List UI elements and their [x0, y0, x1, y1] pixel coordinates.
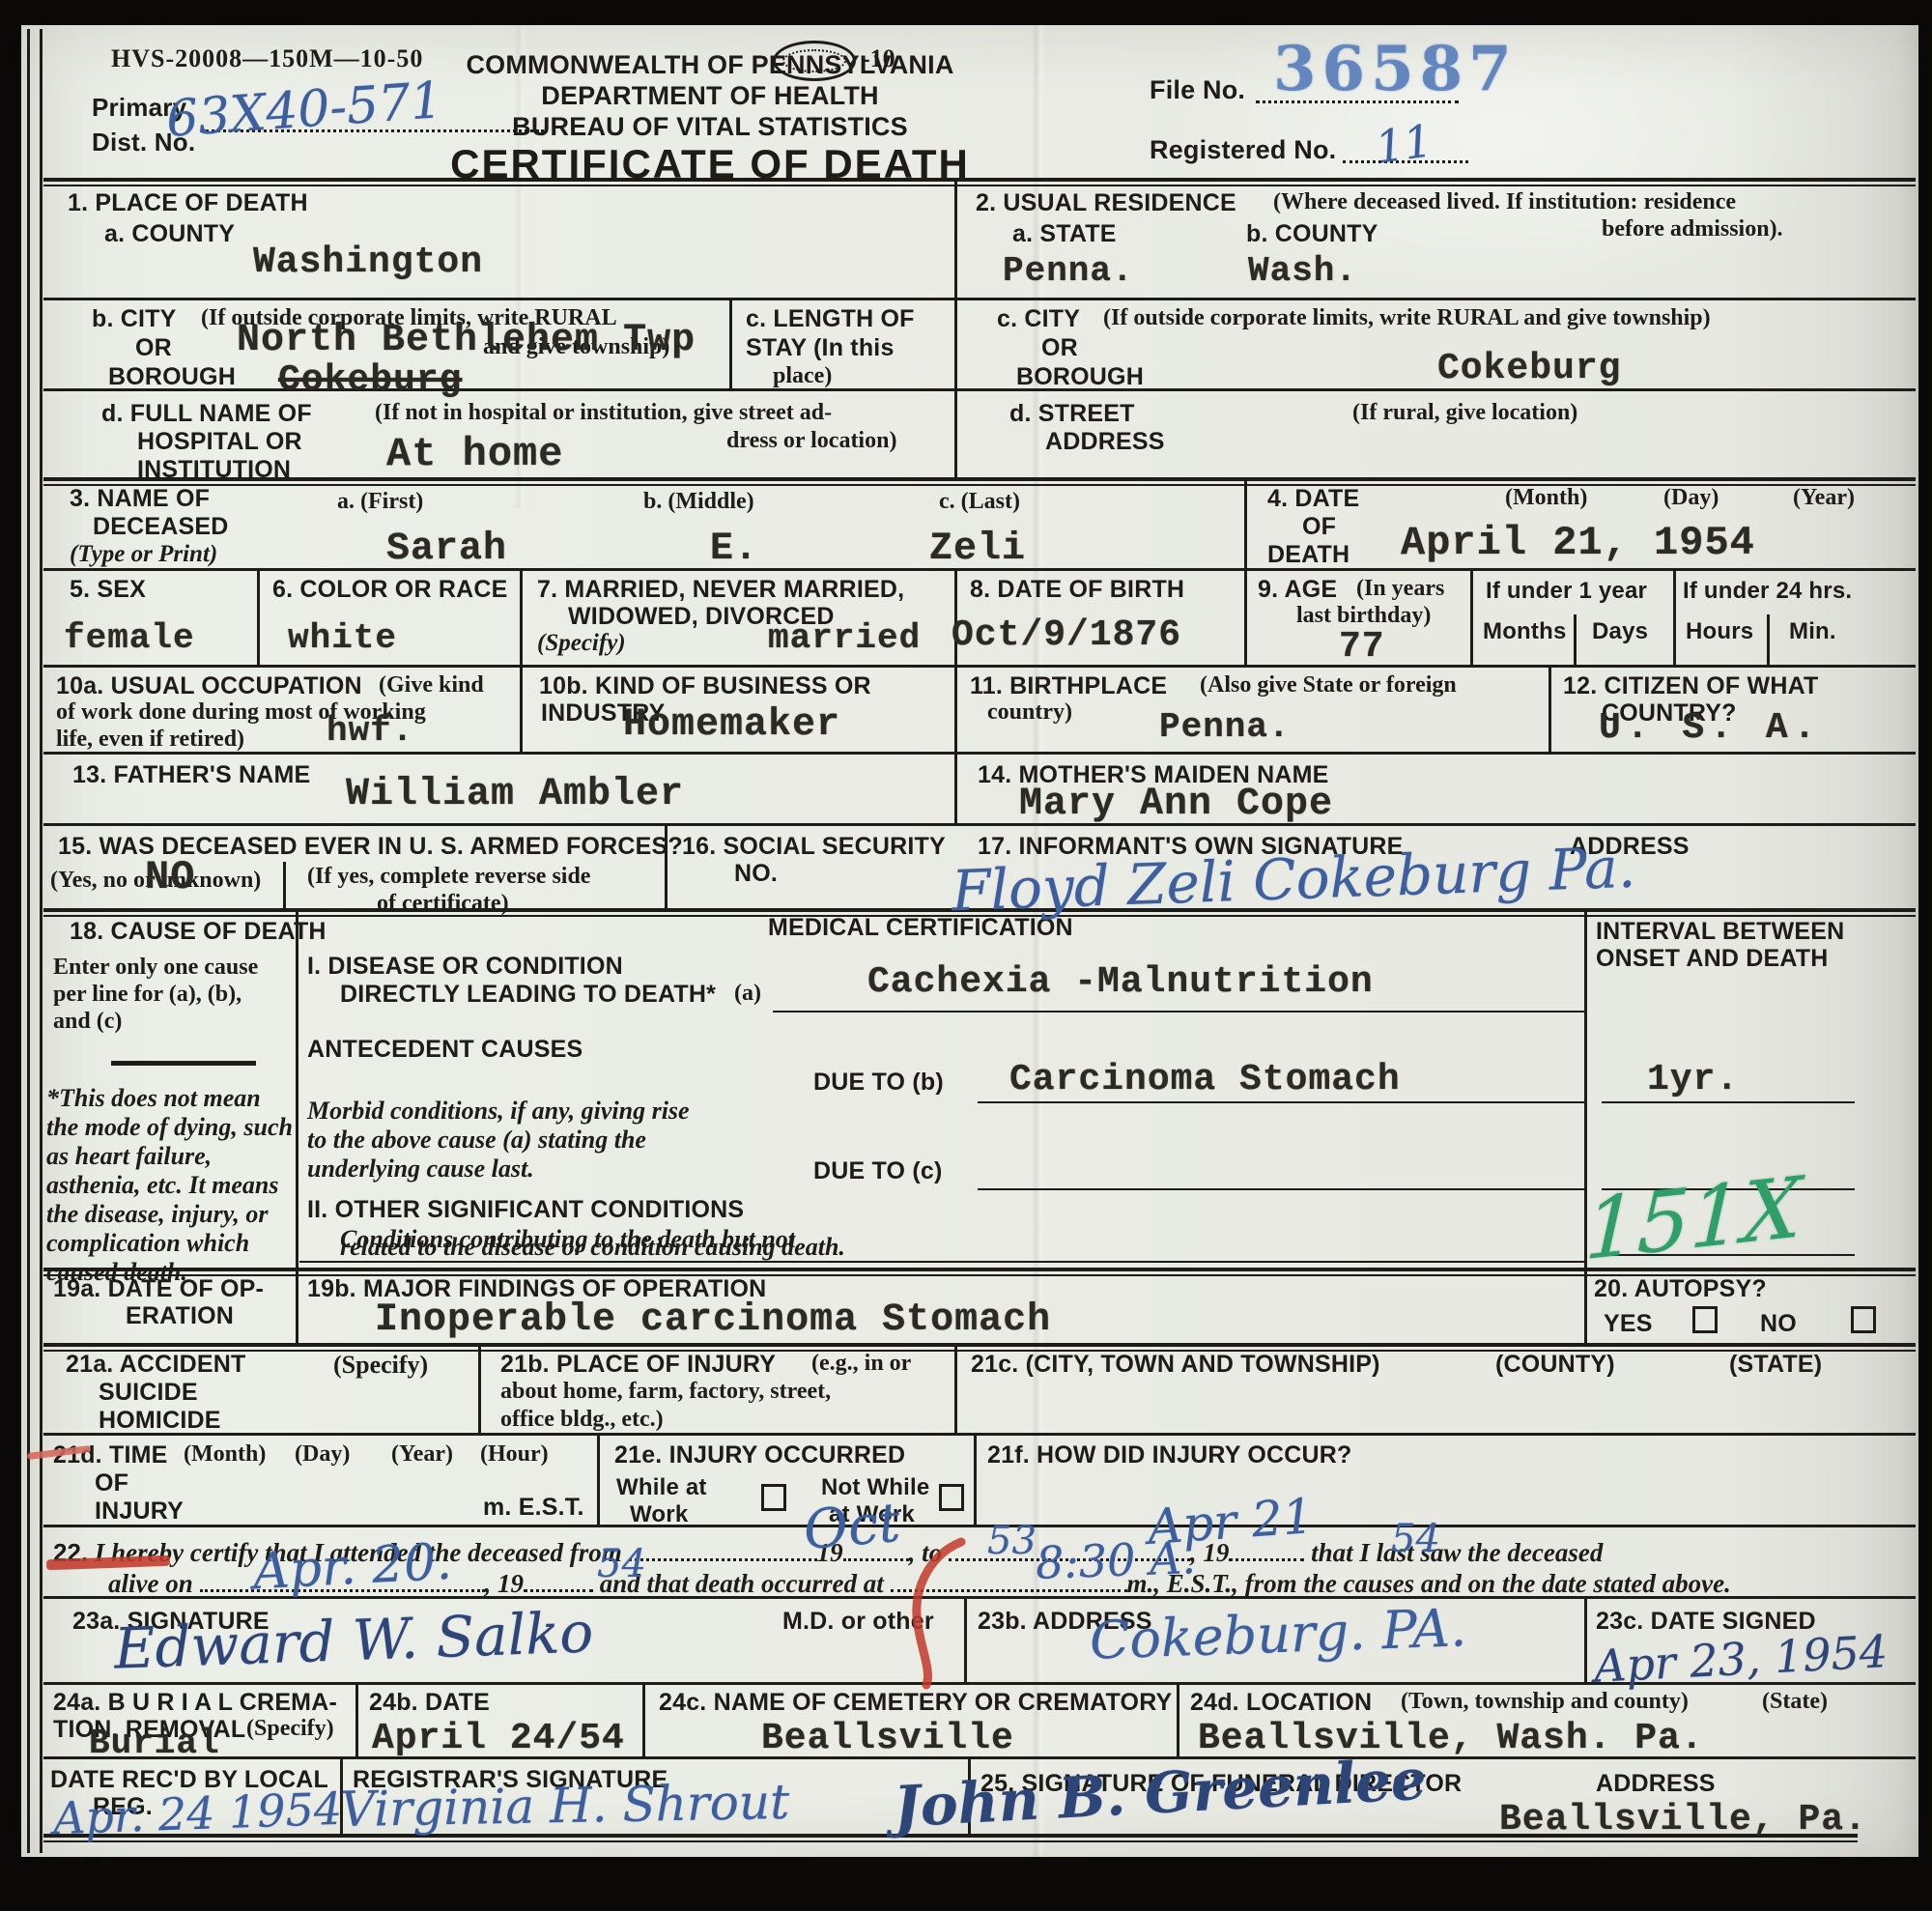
field-2d-label1: d. STREET — [1009, 400, 1135, 428]
certify-time-handwritten: 8:30 A. — [1035, 1531, 1197, 1589]
field-18-side2: *This does not mean the mode of dying, s… — [46, 1084, 296, 1287]
grid-line — [1244, 477, 1247, 568]
field-3c-value: Zeli — [929, 528, 1026, 571]
field-24d-note2: (State) — [1762, 1689, 1828, 1715]
field-24d-label: 24d. LOCATION — [1190, 1689, 1372, 1717]
field-3a-value: Sarah — [386, 528, 507, 571]
grid-line — [40, 29, 43, 1853]
field-1b-value: North Bethlehem Twp — [237, 319, 696, 362]
field-3-title2: DECEASED — [93, 513, 229, 541]
field-13-value: William Ambler — [346, 773, 684, 816]
field-21d-day: (Day) — [295, 1441, 350, 1468]
other-conditions-label: II. OTHER SIGNIFICANT CONDITIONS — [307, 1196, 744, 1224]
field-1a-value: Washington — [253, 242, 483, 283]
field-10b-label1: 10b. KIND OF BUSINESS OR — [539, 672, 871, 700]
field-19a-label1: 19a. DATE OF OP- — [53, 1275, 264, 1303]
field-2c-borough: BOROUGH — [1016, 363, 1144, 391]
field-21b-note1: (e.g., in or — [811, 1351, 911, 1377]
field-24a-specify: (Specify) — [246, 1716, 334, 1742]
certify-alive-handwritten: Apr. 20. — [252, 1533, 454, 1602]
field-5-label: 5. SEX — [70, 576, 146, 604]
field-21d-label1: 21d. TIME — [53, 1441, 168, 1469]
grid-line — [355, 1682, 358, 1756]
field-24c-value: Beallsville — [761, 1718, 1014, 1759]
field-9-note2: last birthday) — [1296, 603, 1431, 629]
grid-line — [111, 1061, 256, 1066]
grid-line — [43, 665, 1916, 668]
certify-19c: , 19 — [485, 1569, 525, 1598]
morbid-note2: to the above cause (a) stating the — [307, 1126, 646, 1155]
field-2-note2: before admission). — [1602, 216, 1783, 242]
form-number: HVS-20008—150M—10-50 — [111, 44, 423, 73]
field-21d-label2: OF — [95, 1469, 128, 1497]
field-21e-while2: Work — [630, 1501, 688, 1528]
field-13-label: 13. FATHER'S NAME — [72, 761, 310, 789]
grid-line — [296, 1268, 298, 1343]
registrar-signature: Virginia H. Shrout — [340, 1774, 790, 1838]
other-conditions-note2: related to the disease or condition caus… — [340, 1233, 845, 1262]
field-4-value: April 21, 1954 — [1401, 520, 1755, 566]
field-16-label1: 16. SOCIAL SECURITY — [682, 833, 946, 861]
grid-line — [974, 1433, 977, 1525]
field-1b-label: b. CITY — [92, 305, 177, 333]
field-18-title: 18. CAUSE OF DEATH — [70, 918, 327, 946]
field-21a-label1: 21a. ACCIDENT — [66, 1351, 245, 1379]
field-2d-note: (If rural, give location) — [1352, 400, 1577, 426]
field-24d-value: Beallsville, Wash. Pa. — [1198, 1718, 1704, 1759]
certify-from-handwritten: Oct — [801, 1492, 902, 1562]
field-19b-value: Inoperable carcinoma Stomach — [375, 1298, 1051, 1342]
field-21c-label: 21c. (CITY, TOWN AND TOWNSHIP) — [971, 1351, 1380, 1379]
field-21a-label2: SUICIDE — [99, 1379, 198, 1407]
field-2c-note: (If outside corporate limits, write RURA… — [1103, 305, 1711, 331]
grid-line — [1584, 1596, 1587, 1682]
field-2b-label: b. COUNTY — [1246, 220, 1378, 248]
field-10a-note1: (Give kind — [379, 672, 484, 699]
department-line: DEPARTMENT OF HEALTH — [440, 81, 980, 111]
field-11-label: 11. BIRTHPLACE — [970, 672, 1167, 700]
certify-year3-handwritten: 54 — [597, 1542, 646, 1586]
field-9-under24-label: If under 24 hrs. — [1683, 578, 1852, 605]
grid-line — [283, 862, 286, 908]
field-9-min-label: Min. — [1789, 618, 1836, 645]
grid-line — [978, 1188, 1584, 1190]
grid-line — [296, 908, 298, 1268]
field-1d-note2: dress or location) — [726, 428, 896, 454]
red-pencil-check-mark — [894, 1536, 980, 1691]
field-7-value: married — [768, 618, 921, 658]
field-18-b-value: Carcinoma Stomach — [1009, 1059, 1401, 1100]
field-21a-label3: HOMICIDE — [99, 1407, 221, 1435]
field-6-value: white — [288, 618, 397, 658]
field-11-note2: country) — [987, 699, 1072, 726]
field-24d-note1: (Town, township and county) — [1401, 1689, 1689, 1715]
field-16-label2: NO. — [734, 860, 778, 888]
field-25-address-label: ADDRESS — [1596, 1770, 1716, 1798]
field-3b-label: b. (Middle) — [643, 489, 754, 515]
field-20-label: 20. AUTOPSY? — [1594, 1275, 1767, 1303]
field-2-title: 2. USUAL RESIDENCE — [976, 189, 1236, 217]
due-to-c-label: DUE TO (c) — [813, 1157, 943, 1185]
field-21d-mest: m. E.S.T. — [483, 1494, 584, 1522]
field-9-under1-label: If under 1 year — [1486, 578, 1647, 605]
field-4-month-label: (Month) — [1505, 485, 1587, 511]
field-2d-label2: ADDRESS — [1045, 428, 1165, 456]
field-4-year-label: (Year) — [1793, 485, 1855, 511]
certify-text-4: alive on — [108, 1569, 193, 1598]
registered-no-value: 11 — [1373, 114, 1435, 174]
field-21f-label: 21f. HOW DID INJURY OCCUR? — [987, 1441, 1351, 1469]
field-21e-label: 21e. INJURY OCCURRED — [614, 1441, 905, 1469]
field-21c-county: (COUNTY) — [1495, 1351, 1615, 1379]
morbid-note1: Morbid conditions, if any, giving rise — [307, 1097, 690, 1126]
grid-line — [954, 568, 957, 823]
interval-heading1: INTERVAL BETWEEN — [1596, 918, 1844, 946]
certify-text-6: m., E.S.T., from the causes and on the d… — [1127, 1569, 1731, 1598]
grid-line — [729, 298, 732, 388]
field-3c-label: c. (Last) — [939, 489, 1020, 515]
certify-year2-handwritten: 54 — [1391, 1517, 1440, 1561]
grid-line — [1673, 568, 1676, 665]
autopsy-no-label: NO — [1760, 1310, 1797, 1338]
field-11-note1: (Also give State or foreign — [1200, 672, 1457, 699]
grid-line — [520, 568, 523, 752]
field-3-title3: (Type or Print) — [70, 541, 217, 568]
field-10a-note3: life, even if retired) — [56, 727, 244, 753]
grid-line — [773, 1011, 1584, 1013]
antecedent-causes-label: ANTECEDENT CAUSES — [307, 1036, 582, 1064]
grid-line — [43, 1433, 1916, 1436]
grid-line — [1177, 1682, 1179, 1756]
field-1d-label3: INSTITUTION — [137, 456, 291, 484]
field-1c-label1: c. LENGTH OF — [746, 305, 915, 333]
field-24a-label1: 24a. B U R I A L CREMA- — [53, 1689, 337, 1717]
field-1d-value: At home — [386, 431, 563, 477]
field-2a-value: Penna. — [1003, 251, 1134, 291]
field-9-value: 77 — [1339, 626, 1385, 668]
field-2c-label: c. CITY — [997, 305, 1080, 333]
field-3-title1: 3. NAME OF — [70, 485, 210, 513]
morbid-note3: underlying cause last. — [307, 1155, 534, 1184]
grid-line — [978, 1101, 1584, 1103]
autopsy-yes-label: YES — [1604, 1310, 1653, 1338]
field-24b-label: 24b. DATE — [369, 1689, 490, 1717]
field-18-b-interval: 1yr. — [1647, 1059, 1739, 1100]
field-12-value: U. S. A. — [1599, 707, 1821, 749]
field-8-value: Oct/9/1876 — [952, 614, 1181, 656]
grid-line — [597, 1433, 600, 1525]
field-3a-label: a. (First) — [337, 489, 423, 515]
grid-line — [1244, 568, 1247, 665]
field-21e-while1: While at — [616, 1474, 707, 1501]
field-1c-label2: STAY (In this — [746, 334, 895, 362]
field-9-months-label: Months — [1483, 618, 1567, 645]
field-1b-borough: BOROUGH — [108, 363, 236, 391]
grid-line — [43, 477, 1916, 486]
field-1c-label3: place) — [773, 363, 832, 389]
file-no-label: File No. — [1150, 75, 1245, 105]
field-2c-or: OR — [1041, 334, 1078, 362]
field-9-hours-label: Hours — [1686, 618, 1753, 645]
grid-line — [524, 1569, 593, 1592]
grid-line — [43, 752, 1916, 755]
interval-heading2: ONSET AND DEATH — [1596, 945, 1829, 973]
field-11-value: Penna. — [1159, 707, 1291, 747]
grid-line — [1767, 614, 1770, 665]
field-25-address-value: Beallsville, Pa. — [1499, 1799, 1867, 1840]
certify-year1-handwritten: 53 — [987, 1519, 1037, 1563]
field-9-days-label: Days — [1592, 618, 1648, 645]
field-19a-label2: ERATION — [126, 1302, 234, 1330]
registered-no-label: Registered No. — [1150, 135, 1336, 165]
field-18-side1b: per line for (a), (b), — [53, 982, 241, 1008]
autopsy-no-checkbox — [1851, 1306, 1876, 1333]
field-9-label: 9. AGE — [1258, 576, 1337, 604]
field-8-label: 8. DATE OF BIRTH — [970, 576, 1184, 604]
grid-line — [1602, 1101, 1855, 1103]
field-21c-state: (STATE) — [1729, 1351, 1822, 1379]
field-10a-label: 10a. USUAL OCCUPATION — [56, 672, 362, 700]
due-to-b-label: DUE TO (b) — [813, 1069, 944, 1097]
field-4-title3: DEATH — [1267, 541, 1350, 569]
injury-while-at-work-checkbox — [761, 1484, 786, 1511]
date-received-handwritten: Apr. 24 1954 — [52, 1783, 343, 1844]
grid-line — [954, 1343, 957, 1433]
field-7-specify: (Specify) — [537, 630, 626, 657]
field-1d-label1: d. FULL NAME OF — [101, 400, 312, 428]
field-15-note2b: of certificate) — [377, 891, 509, 917]
field-2-note1: (Where deceased lived. If institution: r… — [1273, 189, 1736, 215]
field-15-note2a: (If yes, complete reverse side — [307, 864, 590, 890]
field-14-value: Mary Ann Cope — [1019, 783, 1333, 826]
grid-line — [1574, 614, 1577, 665]
grid-line — [43, 298, 1916, 300]
field-6-label: 6. COLOR OR RACE — [272, 576, 508, 604]
grid-line — [1470, 568, 1473, 665]
grid-line — [478, 1343, 481, 1433]
field-21d-label3: INJURY — [95, 1497, 184, 1526]
grid-line — [642, 1682, 645, 1756]
field-18-a-tag: (a) — [734, 981, 761, 1007]
grid-line — [257, 568, 260, 665]
grid-line — [27, 29, 30, 1853]
field-7-label1: 7. MARRIED, NEVER MARRIED, — [537, 576, 904, 604]
certificate-title: CERTIFICATE OF DEATH — [440, 141, 980, 187]
bureau-line: BUREAU OF VITAL STATISTICS — [440, 112, 980, 142]
grid-line — [1548, 665, 1551, 752]
field-4-title1: 4. DATE — [1267, 485, 1359, 513]
injury-not-while-at-work-checkbox — [939, 1484, 964, 1511]
field-21d-month: (Month) — [184, 1441, 266, 1468]
field-4-day-label: (Day) — [1663, 485, 1719, 511]
field-21b-note3: office bldg., etc.) — [500, 1407, 664, 1433]
field-18-a-value: Cachexia -Malnutrition — [867, 961, 1374, 1003]
commonwealth-line: COMMONWEALTH OF PENNSYLVANIA — [440, 50, 980, 80]
grid-line — [43, 1525, 1916, 1527]
field-24c-label: 24c. NAME OF CEMETERY OR CREMATORY — [659, 1689, 1172, 1717]
autopsy-yes-checkbox — [1692, 1306, 1718, 1333]
field-18-line1a: I. DISEASE OR CONDITION — [307, 953, 623, 981]
field-21d-year: (Year) — [391, 1441, 453, 1468]
field-18-side1c: and (c) — [53, 1009, 122, 1035]
field-21a-specify: (Specify) — [333, 1351, 428, 1380]
field-2c-value: Cokeburg — [1437, 348, 1621, 389]
grid-line — [954, 180, 957, 477]
field-24a-value: Burial — [89, 1724, 220, 1763]
field-1d-label2: HOSPITAL OR — [137, 428, 302, 456]
field-15-value: NO — [145, 854, 195, 900]
field-24b-value: April 24/54 — [372, 1718, 625, 1759]
field-10b-value: Homemaker — [623, 703, 840, 747]
field-1-title: 1. PLACE OF DEATH — [68, 189, 308, 217]
field-18-line1b: DIRECTLY LEADING TO DEATH* — [340, 981, 716, 1009]
field-2a-label: a. STATE — [1012, 220, 1117, 248]
grid-line — [43, 823, 1916, 826]
field-21b-label: 21b. PLACE OF INJURY — [500, 1351, 776, 1379]
grid-line — [629, 1538, 817, 1561]
field-1a-label: a. COUNTY — [104, 220, 235, 248]
field-1d-note1: (If not in hospital or institution, give… — [375, 400, 832, 426]
field-12-label1: 12. CITIZEN OF WHAT — [1563, 672, 1818, 700]
field-21b-note2: about home, farm, factory, street, — [500, 1379, 831, 1405]
field-21d-hour: (Hour) — [480, 1441, 549, 1468]
field-1b-or: OR — [135, 334, 172, 362]
field-2b-value: Wash. — [1248, 251, 1357, 291]
field-4-title2: OF — [1302, 513, 1336, 541]
field-9-note1: (In years — [1356, 576, 1444, 602]
field-3b-value: E. — [710, 528, 758, 571]
field-10a-value: hwf. — [327, 711, 413, 751]
field-1b-struck-value: Cokeburg — [278, 359, 462, 401]
certify-text-3: that I last saw the deceased — [1311, 1538, 1603, 1567]
field-18-side1a: Enter only one cause — [53, 955, 258, 981]
field-5-value: female — [64, 618, 195, 658]
file-no-stamp: 36587 — [1273, 33, 1518, 105]
